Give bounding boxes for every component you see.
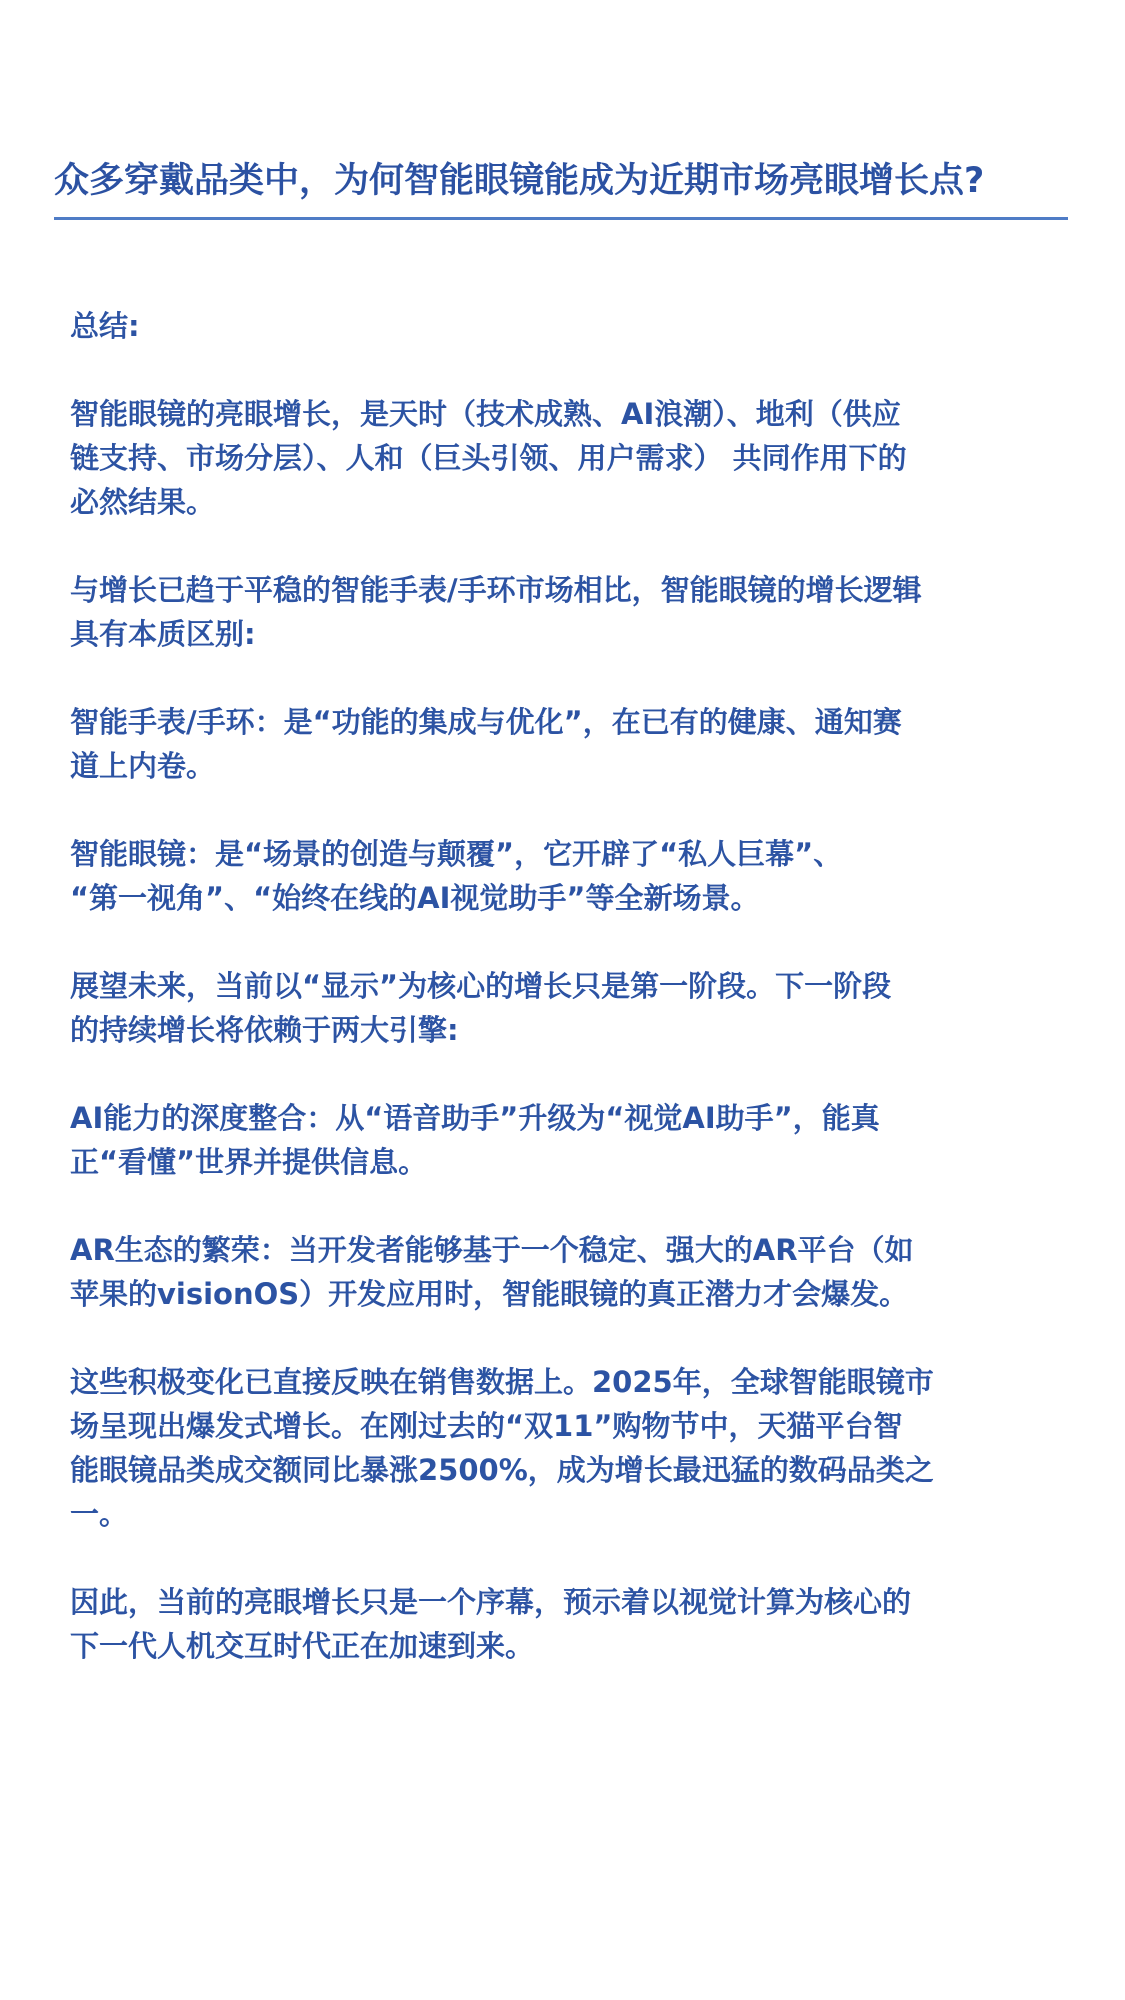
paragraph-line: 因此，当前的亮眼增长只是一个序幕，预示着以视觉计算为核心的 bbox=[70, 1580, 1060, 1624]
paragraph-line: 这些积极变化已直接反映在销售数据上。2025年，全球智能眼镜市 bbox=[70, 1360, 1060, 1404]
paragraph-line: 必然结果。 bbox=[70, 480, 1060, 524]
paragraph-line: 总结: bbox=[70, 304, 1060, 348]
paragraph-overview: 智能眼镜的亮眼增长，是天时（技术成熟、AI浪潮）、地利（供应 链支持、市场分层）… bbox=[70, 392, 1060, 524]
paragraph-comparison: 与增长已趋于平稳的智能手表/手环市场相比，智能眼镜的增长逻辑 具有本质区别: bbox=[70, 568, 1060, 656]
paragraph-ar-ecosystem: AR生态的繁荣：当开发者能够基于一个稳定、强大的AR平台（如 苹果的vision… bbox=[70, 1228, 1060, 1316]
paragraph-line: 苹果的visionOS）开发应用时，智能眼镜的真正潜力才会爆发。 bbox=[70, 1272, 1060, 1316]
paragraph-line: 展望未来，当前以“显示”为核心的增长只是第一阶段。下一阶段 bbox=[70, 964, 1060, 1008]
paragraph-line: 下一代人机交互时代正在加速到来。 bbox=[70, 1624, 1060, 1668]
paragraph-line: 智能手表/手环：是“功能的集成与优化”，在已有的健康、通知赛 bbox=[70, 700, 1060, 744]
paragraph-sales-data: 这些积极变化已直接反映在销售数据上。2025年，全球智能眼镜市 场呈现出爆发式增… bbox=[70, 1360, 1060, 1536]
paragraph-line: 能眼镜品类成交额同比暴涨2500%，成为增长最迅猛的数码品类之 bbox=[70, 1448, 1060, 1492]
paragraph-line: 正“看懂”世界并提供信息。 bbox=[70, 1140, 1060, 1184]
paragraph-line: AR生态的繁荣：当开发者能够基于一个稳定、强大的AR平台（如 bbox=[70, 1228, 1060, 1272]
paragraph-line: “第一视角”、“始终在线的AI视觉助手”等全新场景。 bbox=[70, 876, 1060, 920]
article-body: 总结: 智能眼镜的亮眼增长，是天时（技术成熟、AI浪潮）、地利（供应 链支持、市… bbox=[70, 304, 1060, 1712]
paragraph-line: 智能眼镜的亮眼增长，是天时（技术成熟、AI浪潮）、地利（供应 bbox=[70, 392, 1060, 436]
paragraph-line: 链支持、市场分层）、人和（巨头引领、用户需求） 共同作用下的 bbox=[70, 436, 1060, 480]
title-divider bbox=[54, 217, 1068, 220]
paragraph-line: 智能眼镜：是“场景的创造与颠覆”，它开辟了“私人巨幕”、 bbox=[70, 832, 1060, 876]
paragraph-line: 场呈现出爆发式增长。在刚过去的“双11”购物节中，天猫平台智 bbox=[70, 1404, 1060, 1448]
paragraph-conclusion: 因此，当前的亮眼增长只是一个序幕，预示着以视觉计算为核心的 下一代人机交互时代正… bbox=[70, 1580, 1060, 1668]
page-title: 众多穿戴品类中，为何智能眼镜能成为近期市场亮眼增长点? bbox=[54, 157, 1074, 205]
paragraph-line: 与增长已趋于平稳的智能手表/手环市场相比，智能眼镜的增长逻辑 bbox=[70, 568, 1060, 612]
paragraph-line: 一。 bbox=[70, 1492, 1060, 1536]
paragraph-outlook: 展望未来，当前以“显示”为核心的增长只是第一阶段。下一阶段 的持续增长将依赖于两… bbox=[70, 964, 1060, 1052]
paragraph-line: AI能力的深度整合：从“语音助手”升级为“视觉AI助手”，能真 bbox=[70, 1096, 1060, 1140]
paragraph-smartglasses: 智能眼镜：是“场景的创造与颠覆”，它开辟了“私人巨幕”、 “第一视角”、“始终在… bbox=[70, 832, 1060, 920]
paragraph-line: 道上内卷。 bbox=[70, 744, 1060, 788]
paragraph-smartwatch: 智能手表/手环：是“功能的集成与优化”，在已有的健康、通知赛 道上内卷。 bbox=[70, 700, 1060, 788]
summary-heading: 总结: bbox=[70, 304, 1060, 348]
paragraph-line: 具有本质区别: bbox=[70, 612, 1060, 656]
paragraph-ai-integration: AI能力的深度整合：从“语音助手”升级为“视觉AI助手”，能真 正“看懂”世界并… bbox=[70, 1096, 1060, 1184]
paragraph-line: 的持续增长将依赖于两大引擎: bbox=[70, 1008, 1060, 1052]
